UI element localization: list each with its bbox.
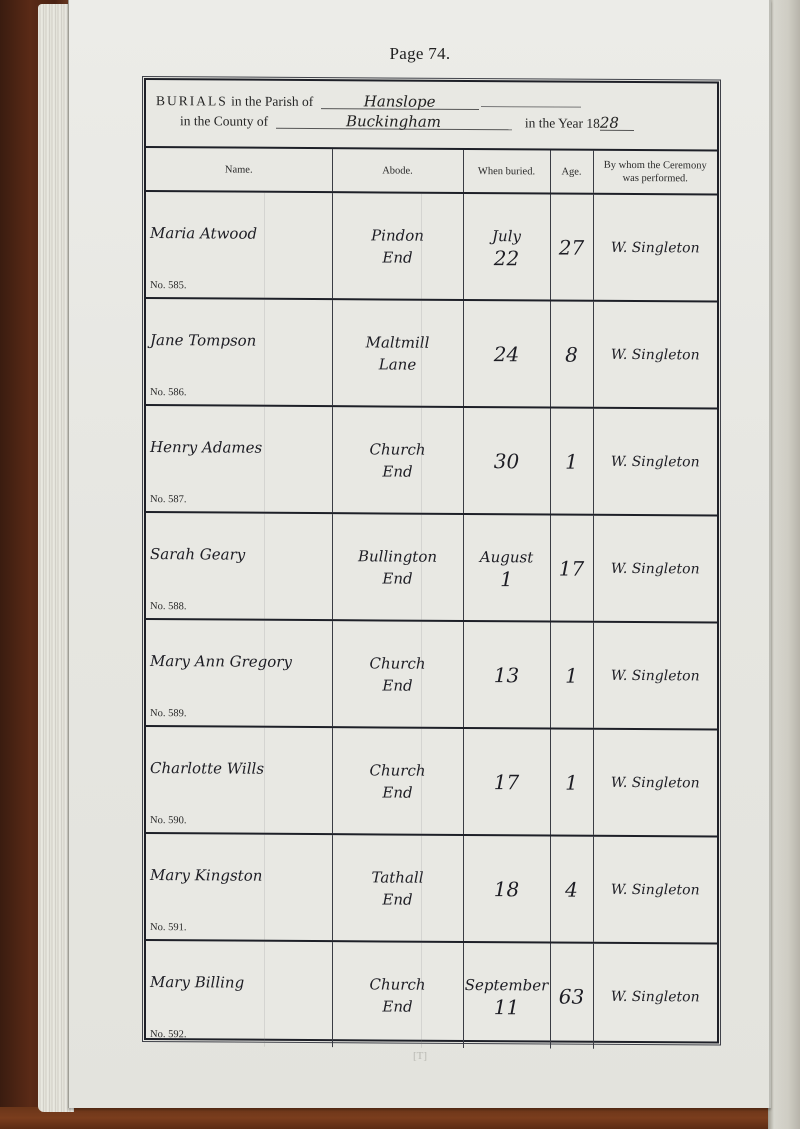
deceased-name: Mary Billing: [150, 971, 244, 994]
abode-line-2: Lane: [334, 353, 462, 376]
burial-day: 11: [465, 995, 549, 1018]
table-row: Jane Tompson No. 586. Maltmill Lane 24 8…: [146, 298, 717, 408]
burial-day: 13: [465, 663, 549, 686]
abode-line-1: Church: [334, 438, 462, 461]
abode-cell: Church End: [332, 727, 463, 835]
table-row: Henry Adames No. 587. Church End 30 1 W.…: [146, 405, 717, 515]
year-field: 28: [600, 116, 634, 131]
age-value: 63: [552, 985, 592, 1007]
abode-cell: Church End: [332, 941, 463, 1048]
deceased-name: Sarah Geary: [150, 543, 245, 566]
when-buried-cell: July 22: [463, 193, 550, 301]
when-buried-cell: 18: [463, 835, 550, 943]
age-value: 8: [552, 343, 592, 365]
column-header-name: Name.: [146, 148, 332, 192]
abode-line-1: Church: [334, 973, 462, 996]
age-value: 1: [552, 664, 592, 686]
register-heading: BURIALS in the Parish of Hanslope in the…: [146, 80, 717, 151]
abode-line-1: Pindon: [334, 224, 462, 247]
burials-label: BURIALS: [156, 93, 228, 108]
burial-month: July: [465, 224, 549, 247]
abode-line-2: End: [334, 567, 462, 590]
name-cell: Charlotte Wills No. 590.: [146, 726, 332, 834]
abode-cell: Tathall End: [332, 834, 463, 942]
age-value: 1: [552, 450, 592, 472]
column-header-abode: Abode.: [332, 149, 463, 193]
column-header-row: Name. Abode. When buried. Age. By whom t…: [146, 148, 717, 194]
officiant-cell: W. Singleton: [593, 194, 717, 302]
name-cell: Henry Adames No. 587.: [146, 405, 332, 513]
burial-day: 30: [465, 449, 549, 472]
name-cell: Mary Kingston No. 591.: [146, 833, 332, 941]
entry-number: No. 589.: [150, 708, 186, 719]
county-prefix: in the County of: [180, 113, 268, 129]
name-cell: Sarah Geary No. 588.: [146, 512, 332, 620]
age-value: 17: [552, 557, 592, 579]
table-row: Maria Atwood No. 585. Pindon End July 22…: [146, 191, 717, 301]
entry-number: No. 587.: [150, 494, 186, 505]
column-header-officiant: By whom the Ceremony was performed.: [593, 151, 717, 195]
officiant-signature: W. Singleton: [595, 771, 717, 794]
entry-number: No. 591.: [150, 922, 186, 933]
entry-number: No. 590.: [150, 815, 186, 826]
age-cell: 17: [550, 514, 593, 621]
when-buried-cell: 24: [463, 300, 550, 408]
county-line: in the County of Buckingham in the Year …: [180, 113, 634, 132]
abode-line-2: End: [334, 674, 462, 697]
abode-line-1: Church: [334, 652, 462, 675]
parish-field: Hanslope: [321, 94, 479, 110]
parish-line: BURIALS in the Parish of Hanslope: [156, 90, 581, 112]
abode-line-1: Church: [334, 759, 462, 782]
column-header-when-buried: When buried.: [463, 150, 550, 194]
year-prefix: in the Year 18: [525, 115, 600, 130]
when-buried-cell: 17: [463, 728, 550, 836]
officiant-signature: W. Singleton: [595, 878, 717, 901]
table-row: Mary Billing No. 592. Church End Septemb…: [146, 940, 717, 1049]
age-cell: 1: [550, 407, 593, 514]
parish-field-tail: [481, 92, 581, 108]
abode-line-1: Maltmill: [334, 331, 462, 354]
burial-day: 22: [465, 246, 549, 269]
burial-day: 24: [465, 342, 549, 365]
abode-line-2: End: [334, 246, 462, 269]
abode-cell: Church End: [332, 620, 463, 728]
parish-prefix: in the Parish of: [231, 94, 313, 110]
burial-day: 17: [465, 770, 549, 793]
burial-month: August: [465, 545, 549, 568]
facing-page-edge: [768, 0, 800, 1129]
table-row: Mary Ann Gregory No. 589. Church End 13 …: [146, 619, 717, 729]
when-buried-cell: 30: [463, 407, 550, 515]
age-cell: 4: [550, 835, 593, 942]
name-cell: Jane Tompson No. 586.: [146, 298, 332, 406]
burial-month: September: [465, 973, 549, 996]
officiant-signature: W. Singleton: [595, 236, 717, 259]
deceased-name: Maria Atwood: [150, 222, 257, 245]
abode-cell: Pindon End: [332, 192, 463, 300]
page-number: Page 74.: [69, 44, 771, 64]
column-header-age: Age.: [550, 150, 593, 193]
deceased-name: Mary Ann Gregory: [150, 650, 292, 673]
table-row: Charlotte Wills No. 590. Church End 17 1…: [146, 726, 717, 836]
name-cell: Mary Billing No. 592.: [146, 940, 332, 1047]
burial-register-form: BURIALS in the Parish of Hanslope in the…: [144, 78, 719, 1044]
burial-day: 18: [465, 877, 549, 900]
deceased-name: Mary Kingston: [150, 864, 262, 887]
abode-line-1: Bullington: [334, 545, 462, 568]
age-cell: 63: [550, 942, 593, 1048]
officiant-signature: W. Singleton: [595, 664, 717, 687]
age-value: 27: [552, 236, 592, 258]
deceased-name: Jane Tompson: [150, 329, 256, 352]
officiant-signature: W. Singleton: [595, 557, 717, 580]
officiant-cell: W. Singleton: [593, 622, 717, 730]
age-cell: 1: [550, 728, 593, 835]
when-buried-cell: 13: [463, 621, 550, 729]
table-row: Sarah Geary No. 588. Bullington End Augu…: [146, 512, 717, 622]
when-buried-cell: August 1: [463, 514, 550, 622]
name-cell: Mary Ann Gregory No. 589.: [146, 619, 332, 727]
officiant-cell: W. Singleton: [593, 408, 717, 516]
age-cell: 8: [550, 300, 593, 407]
abode-line-2: End: [334, 888, 462, 911]
abode-cell: Maltmill Lane: [332, 299, 463, 407]
abode-cell: Bullington End: [332, 513, 463, 621]
deceased-name: Henry Adames: [150, 436, 262, 459]
signature-mark: [T]: [69, 1050, 771, 1062]
officiant-signature: W. Singleton: [595, 343, 717, 366]
officiant-cell: W. Singleton: [593, 943, 717, 1050]
burial-day: 1: [465, 567, 549, 590]
name-cell: Maria Atwood No. 585.: [146, 191, 332, 299]
officiant-cell: W. Singleton: [593, 515, 717, 623]
abode-line-1: Tathall: [334, 866, 462, 889]
abode-line-2: End: [334, 781, 462, 804]
officiant-signature: W. Singleton: [595, 450, 717, 473]
abode-line-2: End: [334, 460, 462, 483]
entry-number: No. 585.: [150, 280, 186, 291]
age-value: 4: [552, 878, 592, 900]
age-cell: 1: [550, 621, 593, 728]
officiant-signature: W. Singleton: [595, 985, 717, 1008]
deceased-name: Charlotte Wills: [150, 757, 264, 780]
officiant-cell: W. Singleton: [593, 729, 717, 837]
entry-number: No. 588.: [150, 601, 186, 612]
register-page: Page 74. BURIALS in the Parish of Hanslo…: [68, 0, 771, 1108]
officiant-cell: W. Singleton: [593, 836, 717, 944]
age-value: 1: [552, 771, 592, 793]
when-buried-cell: September 11: [463, 942, 550, 1049]
officiant-cell: W. Singleton: [593, 301, 717, 409]
table-row: Mary Kingston No. 591. Tathall End 18 4 …: [146, 833, 717, 943]
desk-surface: [0, 1107, 800, 1129]
entry-number: No. 586.: [150, 387, 186, 398]
county-field: Buckingham: [276, 114, 512, 130]
age-cell: 27: [550, 193, 593, 300]
abode-cell: Church End: [332, 406, 463, 514]
burial-entries-table: Name. Abode. When buried. Age. By whom t…: [146, 148, 717, 1049]
entry-number: No. 592.: [150, 1029, 186, 1040]
abode-line-2: End: [334, 995, 462, 1018]
